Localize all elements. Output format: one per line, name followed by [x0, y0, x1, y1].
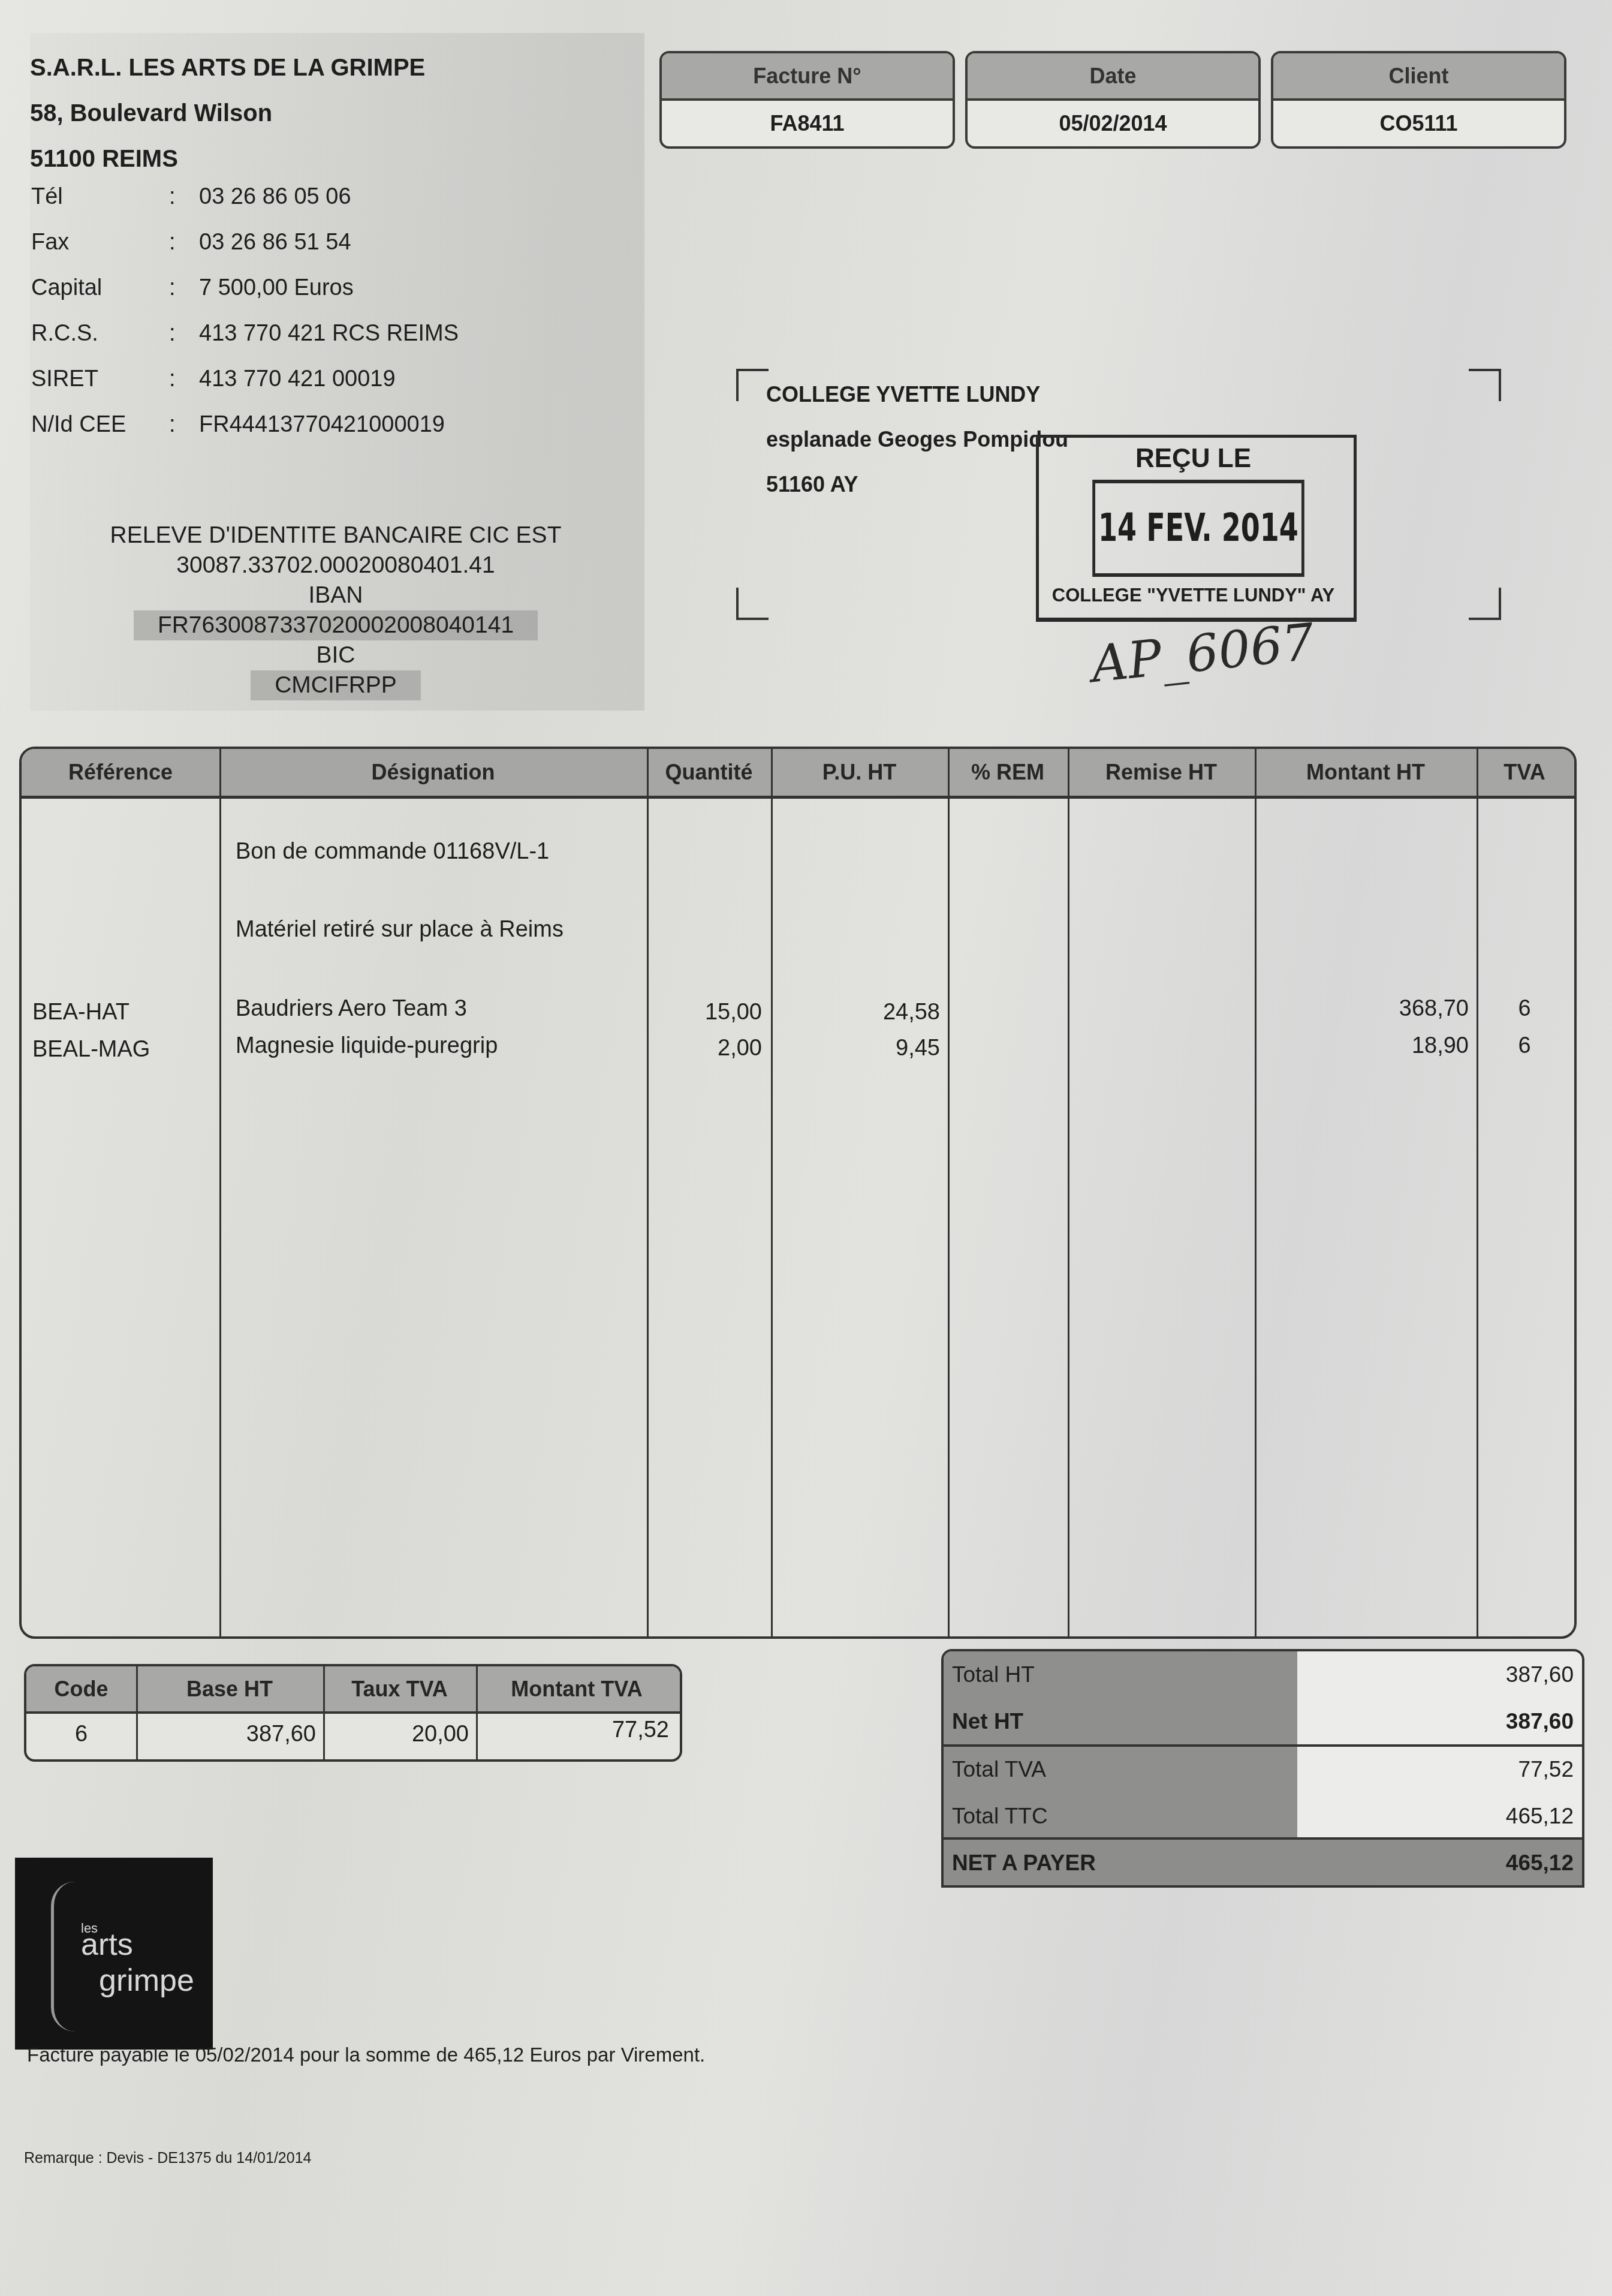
client-value: CO5111 [1273, 101, 1564, 146]
recipient-city: 51160 AY [766, 462, 1068, 507]
total-tva-row: Total TVA77,52 [944, 1746, 1582, 1793]
vat-col-amount: Montant TVA [476, 1666, 677, 1711]
invoice-number-box: Facture N° FA8411 [659, 51, 955, 149]
pickup-note: Matériel retiré sur place à Reims [236, 917, 564, 943]
col-header-discount-pct: % REM [948, 749, 1068, 796]
seller-identifiers: Tél:03 26 86 05 06 Fax:03 26 86 51 54 Ca… [31, 174, 459, 447]
net-ht-row: Net HT387,60 [944, 1698, 1582, 1745]
col-header-amount-ht: Montant HT [1255, 749, 1477, 796]
iban-value: FR7630087337020002008040141 [134, 610, 538, 640]
seller-field-rcs: R.C.S.:413 770 421 RCS REIMS [31, 311, 459, 356]
vat-col-code: Code [26, 1666, 136, 1711]
recipient-address: COLLEGE YVETTE LUNDY esplanade Geoges Po… [766, 372, 1068, 507]
seller-field-siret: SIRET:413 770 421 00019 [31, 356, 459, 402]
seller-name: S.A.R.L. LES ARTS DE LA GRIMPE [30, 45, 425, 91]
totals-box: Total HT387,60 Net HT387,60 Total TVA77,… [941, 1649, 1584, 1888]
stamp-footer: COLLEGE "YVETTE LUNDY" AY [1036, 585, 1351, 606]
col-header-discount-amount: Remise HT [1068, 749, 1255, 796]
remark: Remarque : Devis - DE1375 du 14/01/2014 [24, 2150, 311, 2167]
invoice-number-label: Facture N° [662, 53, 953, 101]
seller-address-line1: 58, Boulevard Wilson [30, 91, 425, 136]
vat-col-rate: Taux TVA [323, 1666, 476, 1711]
total-ttc-row: Total TTC465,12 [944, 1793, 1582, 1840]
address-corner-mark [736, 588, 769, 620]
bic-label: BIC [84, 640, 587, 670]
client-label: Client [1273, 53, 1564, 101]
col-header-unit-price: P.U. HT [771, 749, 948, 796]
stamp-title: REÇU LE [1036, 444, 1351, 474]
stamp-date: 14 FEV. 2014 [1092, 480, 1304, 577]
bank-title: RELEVE D'IDENTITE BANCAIRE CIC EST [84, 520, 587, 550]
invoice-number-value: FA8411 [662, 101, 953, 146]
address-corner-mark [1469, 588, 1501, 620]
vat-col-base: Base HT [136, 1666, 323, 1711]
vat-summary-table: Code Base HT Taux TVA Montant TVA 6 387,… [24, 1664, 682, 1762]
net-a-payer-row: NET A PAYER465,12 [944, 1840, 1582, 1886]
seller-field-tel: Tél:03 26 86 05 06 [31, 174, 459, 219]
seller-field-vat-id: N/Id CEE:FR44413770421000019 [31, 402, 459, 447]
recipient-street: esplanade Geoges Pompidou [766, 417, 1068, 462]
bank-details: RELEVE D'IDENTITE BANCAIRE CIC EST 30087… [84, 520, 587, 700]
address-corner-mark [1469, 369, 1501, 401]
invoice-date-box: Date 05/02/2014 [965, 51, 1261, 149]
seller-field-fax: Fax:03 26 86 51 54 [31, 219, 459, 265]
bic-value: CMCIFRPP [251, 670, 421, 700]
climber-figure-icon [51, 1882, 78, 2032]
bank-rib: 30087.33702.00020080401.41 [84, 550, 587, 580]
handwritten-note: AP_6067 [1089, 612, 1317, 694]
invoice-date-value: 05/02/2014 [968, 101, 1258, 146]
col-header-quantity: Quantité [647, 749, 771, 796]
col-header-vat: TVA [1477, 749, 1572, 796]
payment-note: Facture payable le 05/02/2014 pour la so… [27, 2044, 705, 2066]
client-box: Client CO5111 [1271, 51, 1566, 149]
address-corner-mark [736, 369, 769, 401]
seller-field-capital: Capital:7 500,00 Euros [31, 265, 459, 311]
iban-label: IBAN [84, 580, 587, 610]
col-header-designation: Désignation [219, 749, 647, 796]
order-note: Bon de commande 01168V/L-1 [236, 839, 549, 865]
items-table: Référence Désignation Quantité P.U. HT %… [19, 747, 1577, 1639]
col-header-reference: Référence [22, 749, 219, 796]
recipient-name: COLLEGE YVETTE LUNDY [766, 372, 1068, 417]
total-ht-row: Total HT387,60 [944, 1651, 1582, 1698]
invoice-date-label: Date [968, 53, 1258, 101]
company-logo: les arts grimpe [15, 1858, 213, 2050]
seller-block: S.A.R.L. LES ARTS DE LA GRIMPE 58, Boule… [30, 45, 425, 182]
